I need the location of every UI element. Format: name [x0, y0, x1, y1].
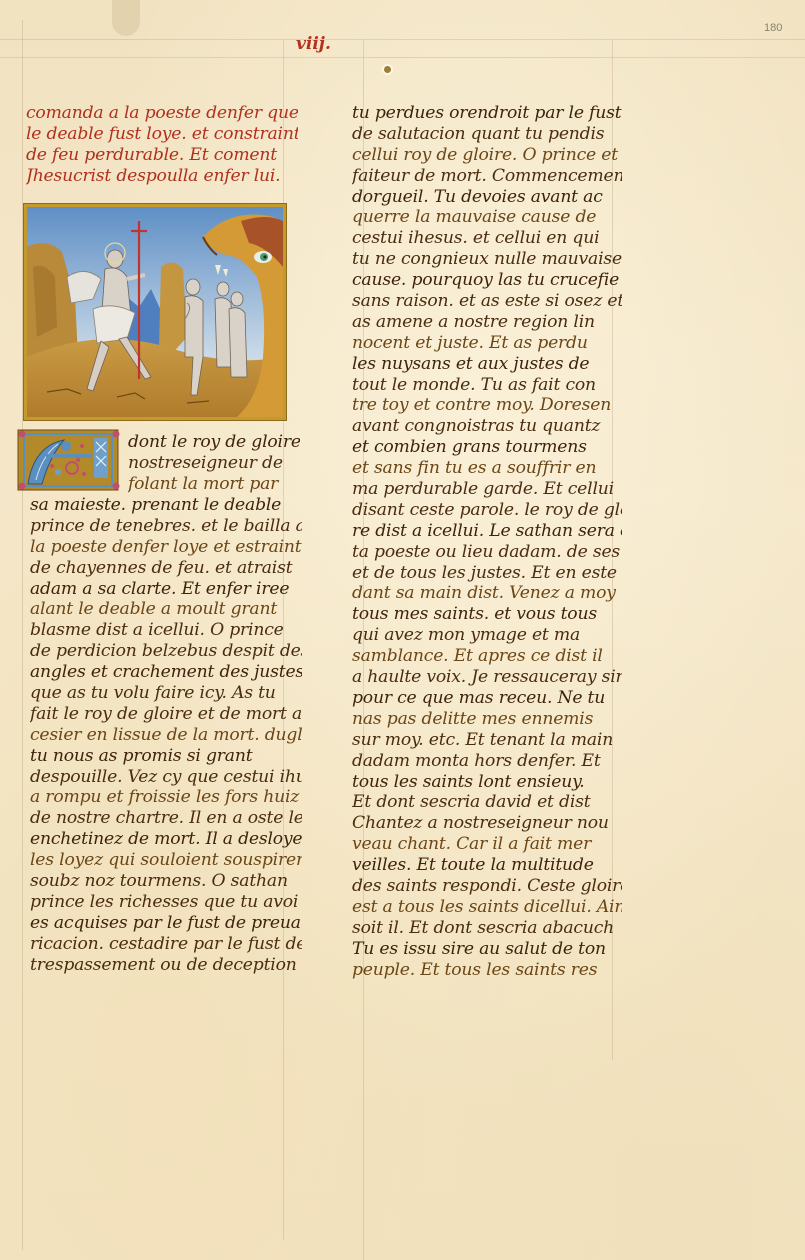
text-line: veilles. Et toute la multitude: [352, 855, 622, 876]
text-line: as amene a nostre region lin: [352, 312, 622, 333]
text-line: despouille. Vez cy que cestui ihus: [30, 767, 302, 788]
rubric-line: de feu perdurable. Et coment: [26, 145, 298, 166]
ruling-line: [0, 39, 805, 40]
initial-adjacent-text: dont le roy de gloire nostreseigneur de …: [128, 432, 300, 495]
text-line: de perdicion belzebus despit des: [30, 641, 302, 662]
left-column-text: sa maieste. prenant le deable prince de …: [30, 495, 302, 975]
text-line: Et dont sescria david et dist: [352, 792, 622, 813]
text-line: querre la mauvaise cause de: [352, 207, 622, 228]
text-line: de salutacion quant tu pendis: [352, 124, 622, 145]
pricking-hole: [384, 66, 391, 73]
text-line: veau chant. Car il a fait mer: [352, 834, 622, 855]
text-line: faiteur de mort. Commencement: [352, 166, 622, 187]
text-line: angles et crachement des justes: [30, 662, 302, 683]
text-line: es acquises par le fust de preua: [30, 913, 302, 934]
text-line: nocent et juste. Et as perdu: [352, 333, 622, 354]
text-line: a rompu et froissie les fors huiz: [30, 787, 302, 808]
rubric-line: Jhesucrist despoulla enfer lui.: [26, 166, 298, 187]
text-line: soubz noz tourmens. O sathan: [30, 871, 302, 892]
text-line: dorgueil. Tu devoies avant ac: [352, 187, 622, 208]
text-line: a haulte voix. Je ressauceray sire: [352, 667, 622, 688]
text-line: tu perdues orendroit par le fust: [352, 103, 622, 124]
rubric-line: le deable fust loye. et constraint: [26, 124, 298, 145]
text-line: peuple. Et tous les saints res: [352, 960, 622, 981]
text-line: folant la mort par: [128, 474, 300, 495]
text-line: cesier en lissue de la mort. dugl: [30, 725, 302, 746]
text-line: ta poeste ou lieu dadam. de ses filz: [352, 542, 622, 563]
text-line: samblance. Et apres ce dist il: [352, 646, 622, 667]
text-line: enchetinez de mort. Il a desloye: [30, 829, 302, 850]
text-line: dant sa main dist. Venez a moy: [352, 583, 622, 604]
text-line: de chayennes de feu. et atraist: [30, 558, 302, 579]
miniature-harrowing-of-hell: [24, 204, 286, 420]
text-line: et sans fin tu es a souffrir en: [352, 458, 622, 479]
ruling-line: [0, 57, 805, 58]
text-line: la poeste denfer loye et estraint: [30, 537, 302, 558]
miniature-painting: [27, 207, 283, 417]
initial-letter-icon: [14, 426, 122, 494]
folio-number: 180: [764, 22, 782, 34]
text-line: pour ce que mas receu. Ne tu: [352, 688, 622, 709]
text-line: tu ne congnieux nulle mauvaise: [352, 249, 622, 270]
text-line: blasme dist a icellui. O prince: [30, 620, 302, 641]
text-line: trespassement ou de deception as: [30, 955, 302, 976]
text-line: les nuysans et aux justes de: [352, 354, 622, 375]
text-line: dont le roy de gloire: [128, 432, 300, 453]
text-line: qui avez mon ymage et ma: [352, 625, 622, 646]
text-line: de nostre chartre. Il en a oste les: [30, 808, 302, 829]
text-line: nostreseigneur de: [128, 453, 300, 474]
text-line: est a tous les saints dicellui. Ainsi: [352, 897, 622, 918]
text-line: tout le monde. Tu as fait con: [352, 375, 622, 396]
text-line: sans raison. et as este si osez et: [352, 291, 622, 312]
ruling-line: [22, 20, 23, 1250]
text-line: adam a sa clarte. Et enfer iree: [30, 579, 302, 600]
rubric: comanda a la poeste denfer que le deable…: [26, 103, 298, 187]
text-line: et combien grans tourmens: [352, 437, 622, 458]
text-line: tous les saints lont ensieuy.: [352, 772, 622, 793]
text-line: et de tous les justes. Et en este: [352, 563, 622, 584]
text-line: Chantez a nostreseigneur nou: [352, 813, 622, 834]
rubric-line: comanda a la poeste denfer que: [26, 103, 298, 124]
text-line: les loyez qui souloient souspirer: [30, 850, 302, 871]
text-line: cellui roy de gloire. O prince et: [352, 145, 622, 166]
text-line: re dist a icellui. Le sathan sera en: [352, 521, 622, 542]
decorated-initial-a: [14, 426, 122, 494]
text-line: nas pas delitte mes ennemis: [352, 709, 622, 730]
text-line: ricacion. cestadire par le fust de: [30, 934, 302, 955]
text-line: sa maieste. prenant le deable: [30, 495, 302, 516]
text-line: sur moy. etc. Et tenant la main: [352, 730, 622, 751]
text-line: dadam monta hors denfer. Et: [352, 751, 622, 772]
text-line: prince de tenebres. et le bailla a: [30, 516, 302, 537]
right-column-text: tu perdues orendroit par le fust de salu…: [352, 103, 622, 980]
text-line: Tu es issu sire au salut de ton: [352, 939, 622, 960]
text-line: que as tu volu faire icy. As tu: [30, 683, 302, 704]
text-line: tous mes saints. et vous tous: [352, 604, 622, 625]
text-line: fait le roy de gloire et de mort au: [30, 704, 302, 725]
text-line: avant congnoistras tu quantz: [352, 416, 622, 437]
text-line: des saints respondi. Ceste gloire: [352, 876, 622, 897]
text-line: cestui ihesus. et cellui en qui: [352, 228, 622, 249]
running-head: viij.: [296, 34, 331, 54]
text-line: disant ceste parole. le roy de glo: [352, 500, 622, 521]
text-line: prince les richesses que tu avoi: [30, 892, 302, 913]
text-line: tu nous as promis si grant: [30, 746, 302, 767]
text-line: soit il. Et dont sescria abacuch: [352, 918, 622, 939]
text-line: alant le deable a moult grant: [30, 599, 302, 620]
parchment-stain: [112, 0, 140, 36]
text-line: tre toy et contre moy. Doresen: [352, 395, 622, 416]
text-line: cause. pourquoy las tu crucefie: [352, 270, 622, 291]
text-line: ma perdurable garde. Et cellui: [352, 479, 622, 500]
